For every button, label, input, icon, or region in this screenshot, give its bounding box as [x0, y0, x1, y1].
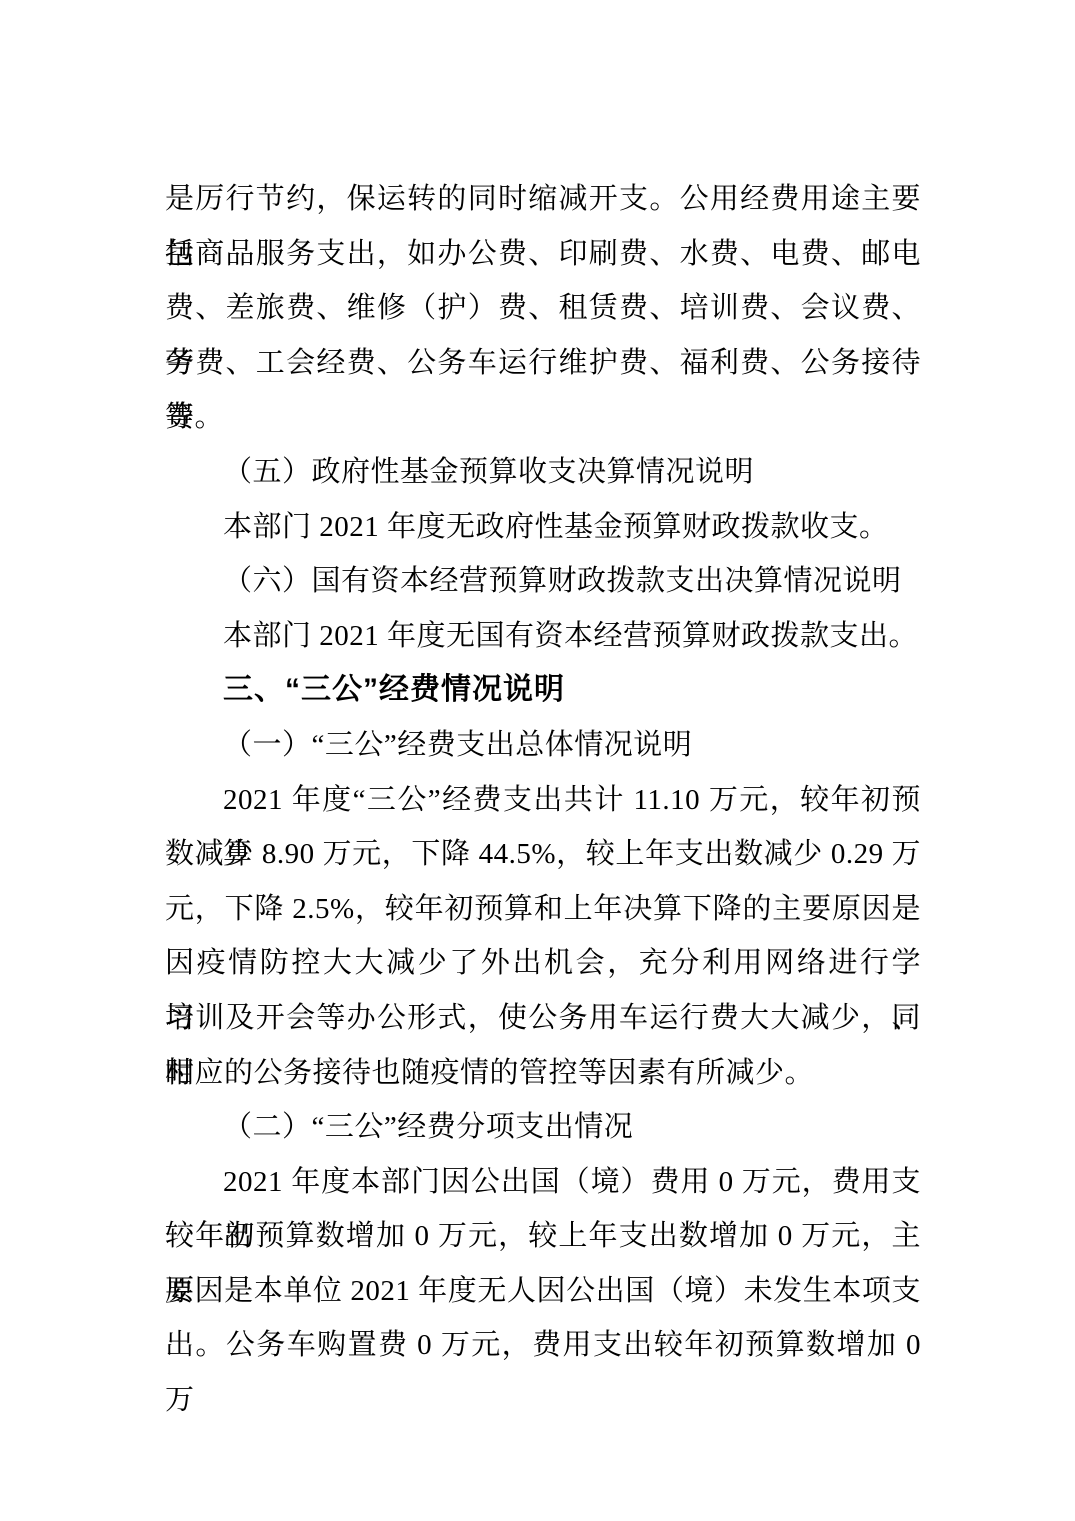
text-line: 相应的公务接待也随疫情的管控等因素有所减少。 [165, 1046, 921, 1101]
text-line: 等。 [165, 390, 921, 445]
section-heading-line: 三、“三公”经费情况说明 [165, 663, 921, 718]
text-line: 出。公务车购置费 0 万元，费用支出较年初预算数增加 0 万 [165, 1318, 921, 1373]
text-line: 因疫情防控大大减少了外出机会，充分利用网络进行学习、 [165, 936, 921, 991]
text-line: 费、差旅费、维修（护）费、租赁费、培训费、会议费、劳 [165, 281, 921, 336]
text-line: 2021 年度“三公”经费支出共计 11.10 万元，较年初预算 [165, 773, 921, 828]
text-line: 是厉行节约，保运转的同时缩减开支。公用经费用途主要包 [165, 172, 921, 227]
text-line: （二）“三公”经费分项支出情况 [165, 1100, 921, 1155]
text-line: 数减少 8.90 万元，下降 44.5%，较上年支出数减少 0.29 万 [165, 827, 921, 882]
text-line: （五）政府性基金预算收支决算情况说明 [165, 445, 921, 500]
text-line: 本部门 2021 年度无政府性基金预算财政拨款收支。 [165, 500, 921, 555]
document-page: 是厉行节约，保运转的同时缩减开支。公用经费用途主要包括商品服务支出，如办公费、印… [0, 0, 1075, 1521]
text-block: 是厉行节约，保运转的同时缩减开支。公用经费用途主要包括商品服务支出，如办公费、印… [165, 172, 921, 1373]
text-line: 务费、工会经费、公务车运行维护费、福利费、公务接待费 [165, 336, 921, 391]
text-line: （六）国有资本经营预算财政拨款支出决算情况说明 [165, 554, 921, 609]
text-line: 培训及开会等办公形式，使公务用车运行费大大减少，同时 [165, 991, 921, 1046]
text-line: （一）“三公”经费支出总体情况说明 [165, 718, 921, 773]
text-line: 2021 年度本部门因公出国（境）费用 0 万元，费用支出 [165, 1155, 921, 1210]
text-line: 原因是本单位 2021 年度无人因公出国（境）未发生本项支 [165, 1264, 921, 1319]
text-line: 本部门 2021 年度无国有资本经营预算财政拨款支出。 [165, 609, 921, 664]
text-line: 较年初预算数增加 0 万元，较上年支出数增加 0 万元，主要 [165, 1209, 921, 1264]
text-line: 括商品服务支出，如办公费、印刷费、水费、电费、邮电 [165, 227, 921, 282]
text-line: 元，下降 2.5%，较年初预算和上年决算下降的主要原因是 [165, 882, 921, 937]
